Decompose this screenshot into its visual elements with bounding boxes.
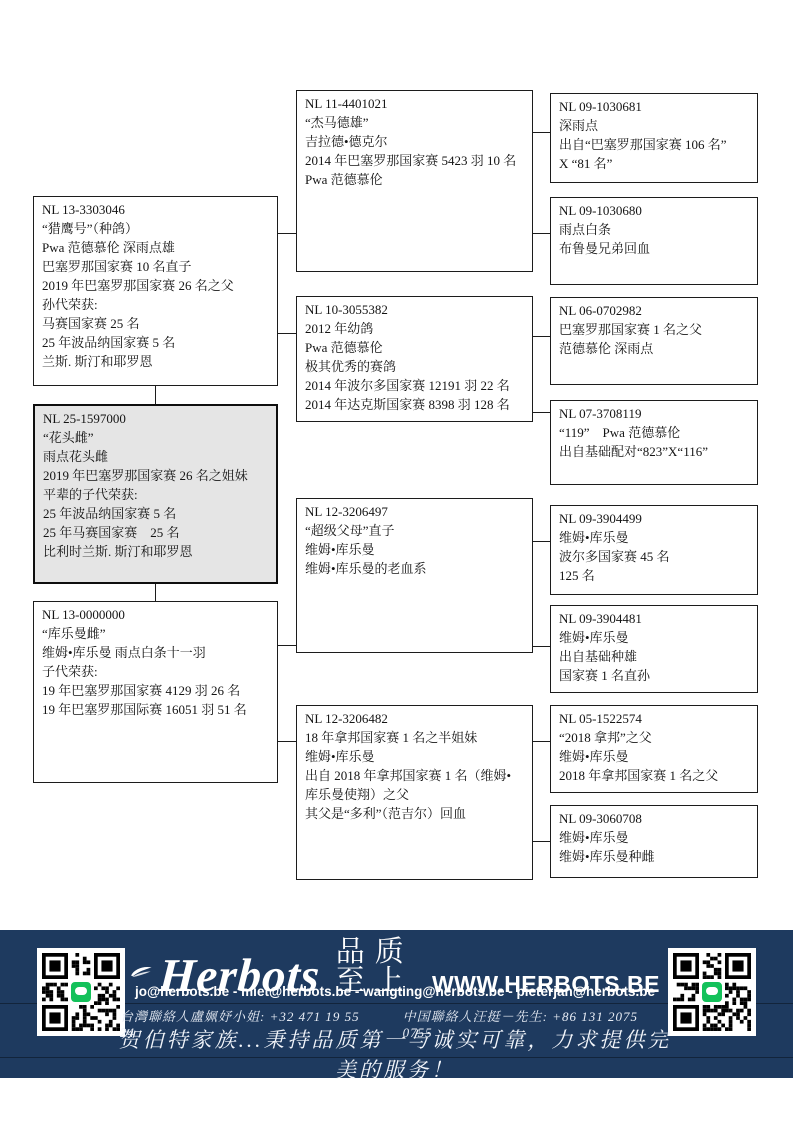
connector-line: [533, 132, 550, 133]
pedigree-box-ggp-1: NL 09-1030681 深雨点 出自“巴塞罗那国家赛 106 名” X “8…: [550, 93, 758, 183]
pedigree-page: NL 13-3303046 “猎鹰号”（种鸽） Pwa 范德慕伦 深雨点雄 巴塞…: [0, 0, 793, 1122]
connector-line: [155, 584, 156, 601]
pedigree-box-dam-sire: NL 12-3206497 “超级父母”直子 维姆•库乐曼 维姆•库乐曼的老血系: [296, 498, 533, 653]
connector-line: [533, 646, 550, 647]
pedigree-box-ggp-8: NL 09-3060708 维姆•库乐曼 维姆•库乐曼种雌: [550, 805, 758, 878]
connector-line: [278, 333, 296, 334]
pedigree-box-ggp-2: NL 09-1030680 雨点白条 布鲁曼兄弟回血: [550, 197, 758, 285]
pedigree-box-ggp-6: NL 09-3904481 维姆•库乐曼 出自基础种雄 国家赛 1 名直孙: [550, 605, 758, 693]
pedigree-box-ggp-5: NL 09-3904499 维姆•库乐曼 波尔多国家赛 45 名 125 名: [550, 505, 758, 595]
pedigree-box-dam-dam: NL 12-3206482 18 年拿邦国家赛 1 名之半姐妹 维姆•库乐曼 出…: [296, 705, 533, 880]
connector-line: [278, 741, 296, 742]
pedigree-box-sire-dam: NL 10-3055382 2012 年幼鸽 Pwa 范德慕伦 极其优秀的赛鸽 …: [296, 296, 533, 422]
pedigree-box-subject: NL 25-1597000 “花头雌” 雨点花头雌 2019 年巴塞罗那国家赛 …: [33, 404, 278, 584]
connector-line: [533, 233, 550, 234]
connector-line: [278, 645, 296, 646]
feather-icon: [130, 959, 153, 985]
pedigree-box-dam: NL 13-0000000 “库乐曼雌” 维姆•库乐曼 雨点白条十一羽 子代荣获…: [33, 601, 278, 783]
connector-line: [533, 412, 550, 413]
line-app-icon: [69, 980, 93, 1004]
pedigree-box-ggp-3: NL 06-0702982 巴塞罗那国家赛 1 名之父 范德慕伦 深雨点: [550, 297, 758, 385]
footer-emails: jo@herbots.be - miet@herbots.be - wangti…: [130, 984, 660, 999]
pedigree-box-ggp-4: NL 07-3708119 “119” Pwa 范德慕伦 出自基础配对“823”…: [550, 400, 758, 485]
connector-line: [533, 541, 550, 542]
footer-banner: Herbots 品质至上 WWW.HERBOTS.BE jo@herbots.b…: [0, 930, 793, 1078]
wechat-app-icon: [700, 980, 724, 1004]
pedigree-box-sire-sire: NL 11-4401021 “杰马德雄” 吉拉德•德克尔 2014 年巴塞罗那国…: [296, 90, 533, 272]
connector-line: [533, 841, 550, 842]
connector-line: [533, 336, 550, 337]
footer-slogan: 贺伯特家族...秉持品质第一与诚实可靠，力求提供完美的服务！: [110, 1024, 680, 1084]
connector-line: [533, 741, 550, 742]
pedigree-box-sire: NL 13-3303046 “猎鹰号”（种鸽） Pwa 范德慕伦 深雨点雄 巴塞…: [33, 196, 278, 386]
qr-code-wechat: [668, 948, 756, 1036]
pedigree-box-ggp-7: NL 05-1522574 “2018 拿邦”之父 维姆•库乐曼 2018 年拿…: [550, 705, 758, 793]
qr-code-line: [37, 948, 125, 1036]
connector-line: [155, 386, 156, 404]
connector-line: [278, 233, 296, 234]
